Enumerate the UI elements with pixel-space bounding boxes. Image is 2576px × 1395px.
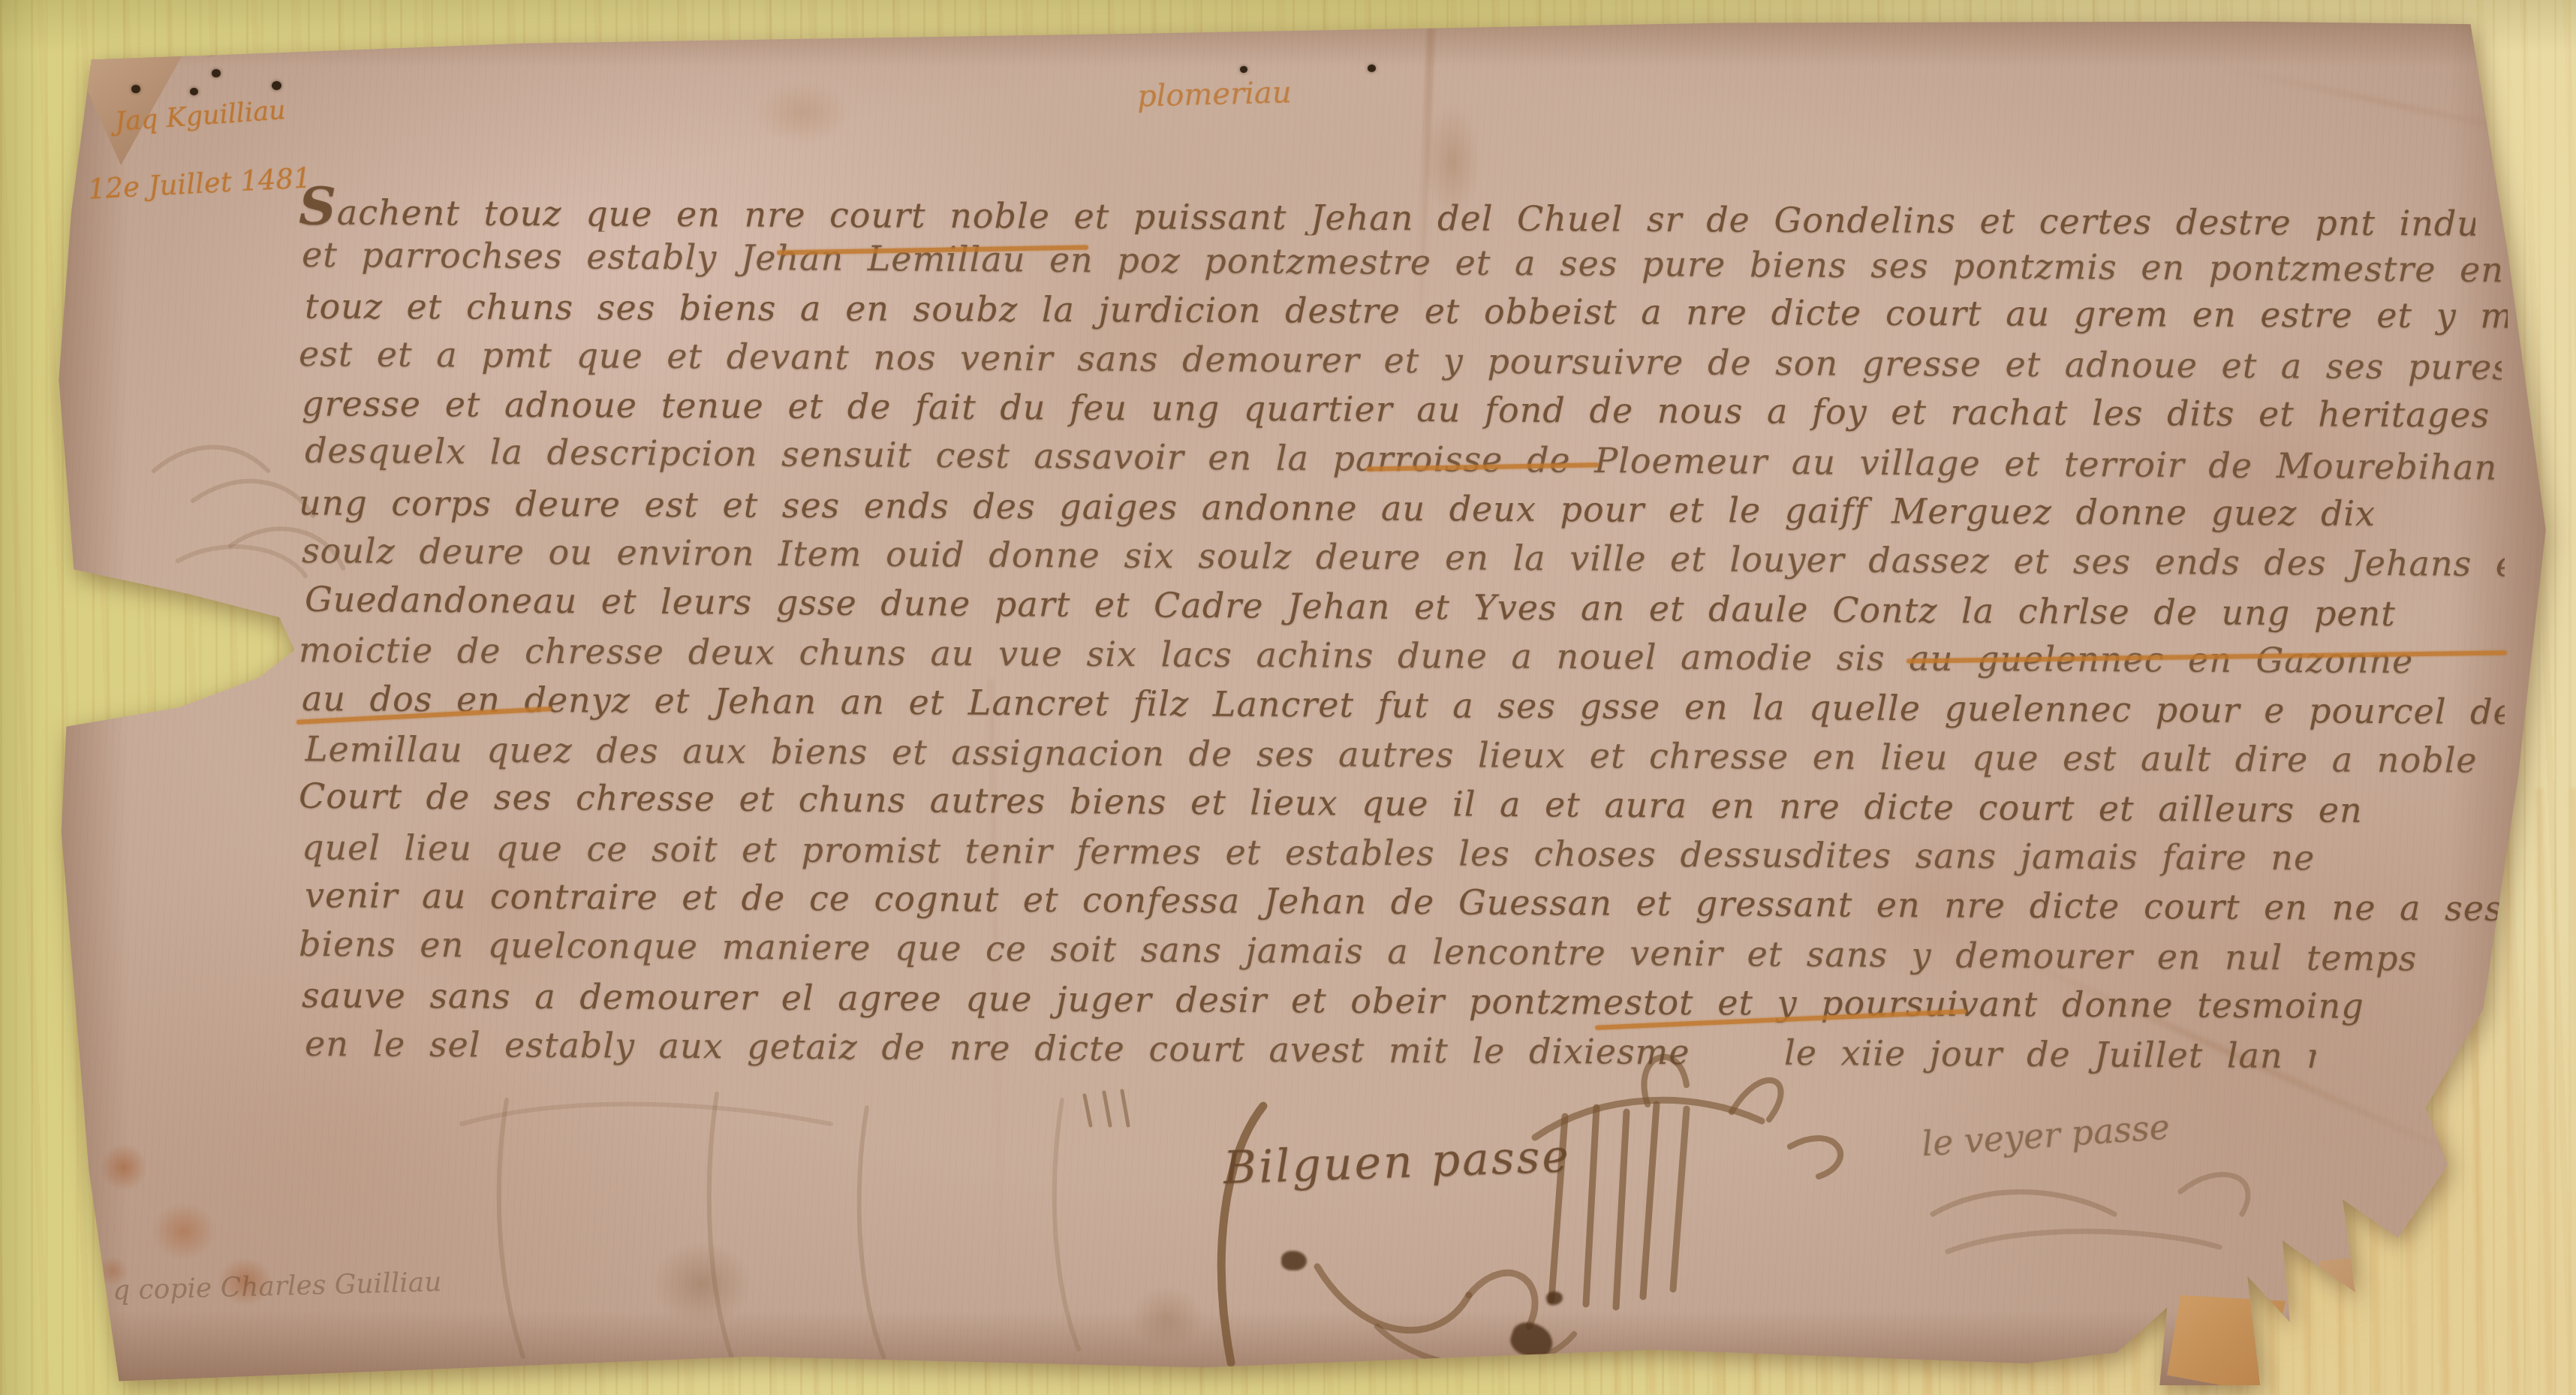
manuscript-line: Guedandoneau et leurs gsse dune part et … <box>305 577 2508 637</box>
manuscript-line: en le sel estably aux getaiz de nre dict… <box>305 1022 2316 1079</box>
manuscript-line: Sachent touz que en nre court noble et p… <box>299 185 2475 241</box>
manuscript-line: est et a pmt que et devant nos venir san… <box>299 332 2502 390</box>
manuscript-line: soulz deure ou environ Item ouid donne s… <box>302 529 2505 587</box>
archival-date-note: 12e Juillet 1481 <box>87 161 311 206</box>
manuscript-line: desquelx la descripcion sensuit cest ass… <box>305 428 2508 490</box>
ink-blot <box>1545 1290 1563 1306</box>
worm-hole <box>205 44 216 54</box>
worm-hole <box>272 81 281 90</box>
manuscript-line: au dos en denyz et Jehan an et Lancret f… <box>302 676 2505 735</box>
crease-line <box>2221 65 2559 142</box>
manuscript-line: sauve sans a demourer el agree que juger… <box>302 973 2505 1029</box>
worm-hole <box>131 85 140 93</box>
notary-signature-right: le veyer passe <box>1921 1107 2171 1165</box>
manuscript-line: Court de ses chresse et chuns autres bie… <box>299 774 2502 834</box>
parchment-surface: Jaq Kguilliau 12e Juillet 1481 plomeriau <box>41 19 2548 1385</box>
photo-of-parchment-charter: Jaq Kguilliau 12e Juillet 1481 plomeriau <box>0 0 2576 1395</box>
worm-hole <box>190 88 198 95</box>
bottom-right-torn-flap <box>2319 1254 2402 1325</box>
manuscript-line: touz et chuns ses biens a en soubz la ju… <box>305 285 2508 339</box>
ink-blot <box>1281 1251 1307 1270</box>
manuscript-line: et parrochses estably Jehan Lemillau en … <box>302 232 2505 292</box>
parchment-sheet: Jaq Kguilliau 12e Juillet 1481 plomeriau <box>41 19 2548 1385</box>
docket-title: plomeriau <box>1136 75 1292 113</box>
manuscript-line: Lemillau quez des aux biens et assignaci… <box>305 727 2508 783</box>
notary-signature-center: Bilguen passe <box>1223 1130 1572 1195</box>
manuscript-line: venir au contraire et de ce cognut et co… <box>305 873 2508 932</box>
worm-hole <box>1368 65 1376 72</box>
ink-blot <box>1507 1318 1557 1362</box>
worm-hole <box>1240 66 1247 73</box>
bottom-right-torn-flap <box>2167 1295 2302 1393</box>
manuscript-line: quel lieu que ce soit et promist tenir f… <box>302 825 2505 881</box>
manuscript-line: biens en quelconque maniere que ce soit … <box>299 922 2502 982</box>
worm-hole <box>212 69 221 77</box>
manuscript-line: gresse et adnoue tenue et de fait du feu… <box>302 382 2505 438</box>
manuscript-line: ung corps deure est et ses ends des gaig… <box>299 481 2502 537</box>
pencil-note-bottom-left: q copie Charles Guilliau <box>113 1267 442 1306</box>
